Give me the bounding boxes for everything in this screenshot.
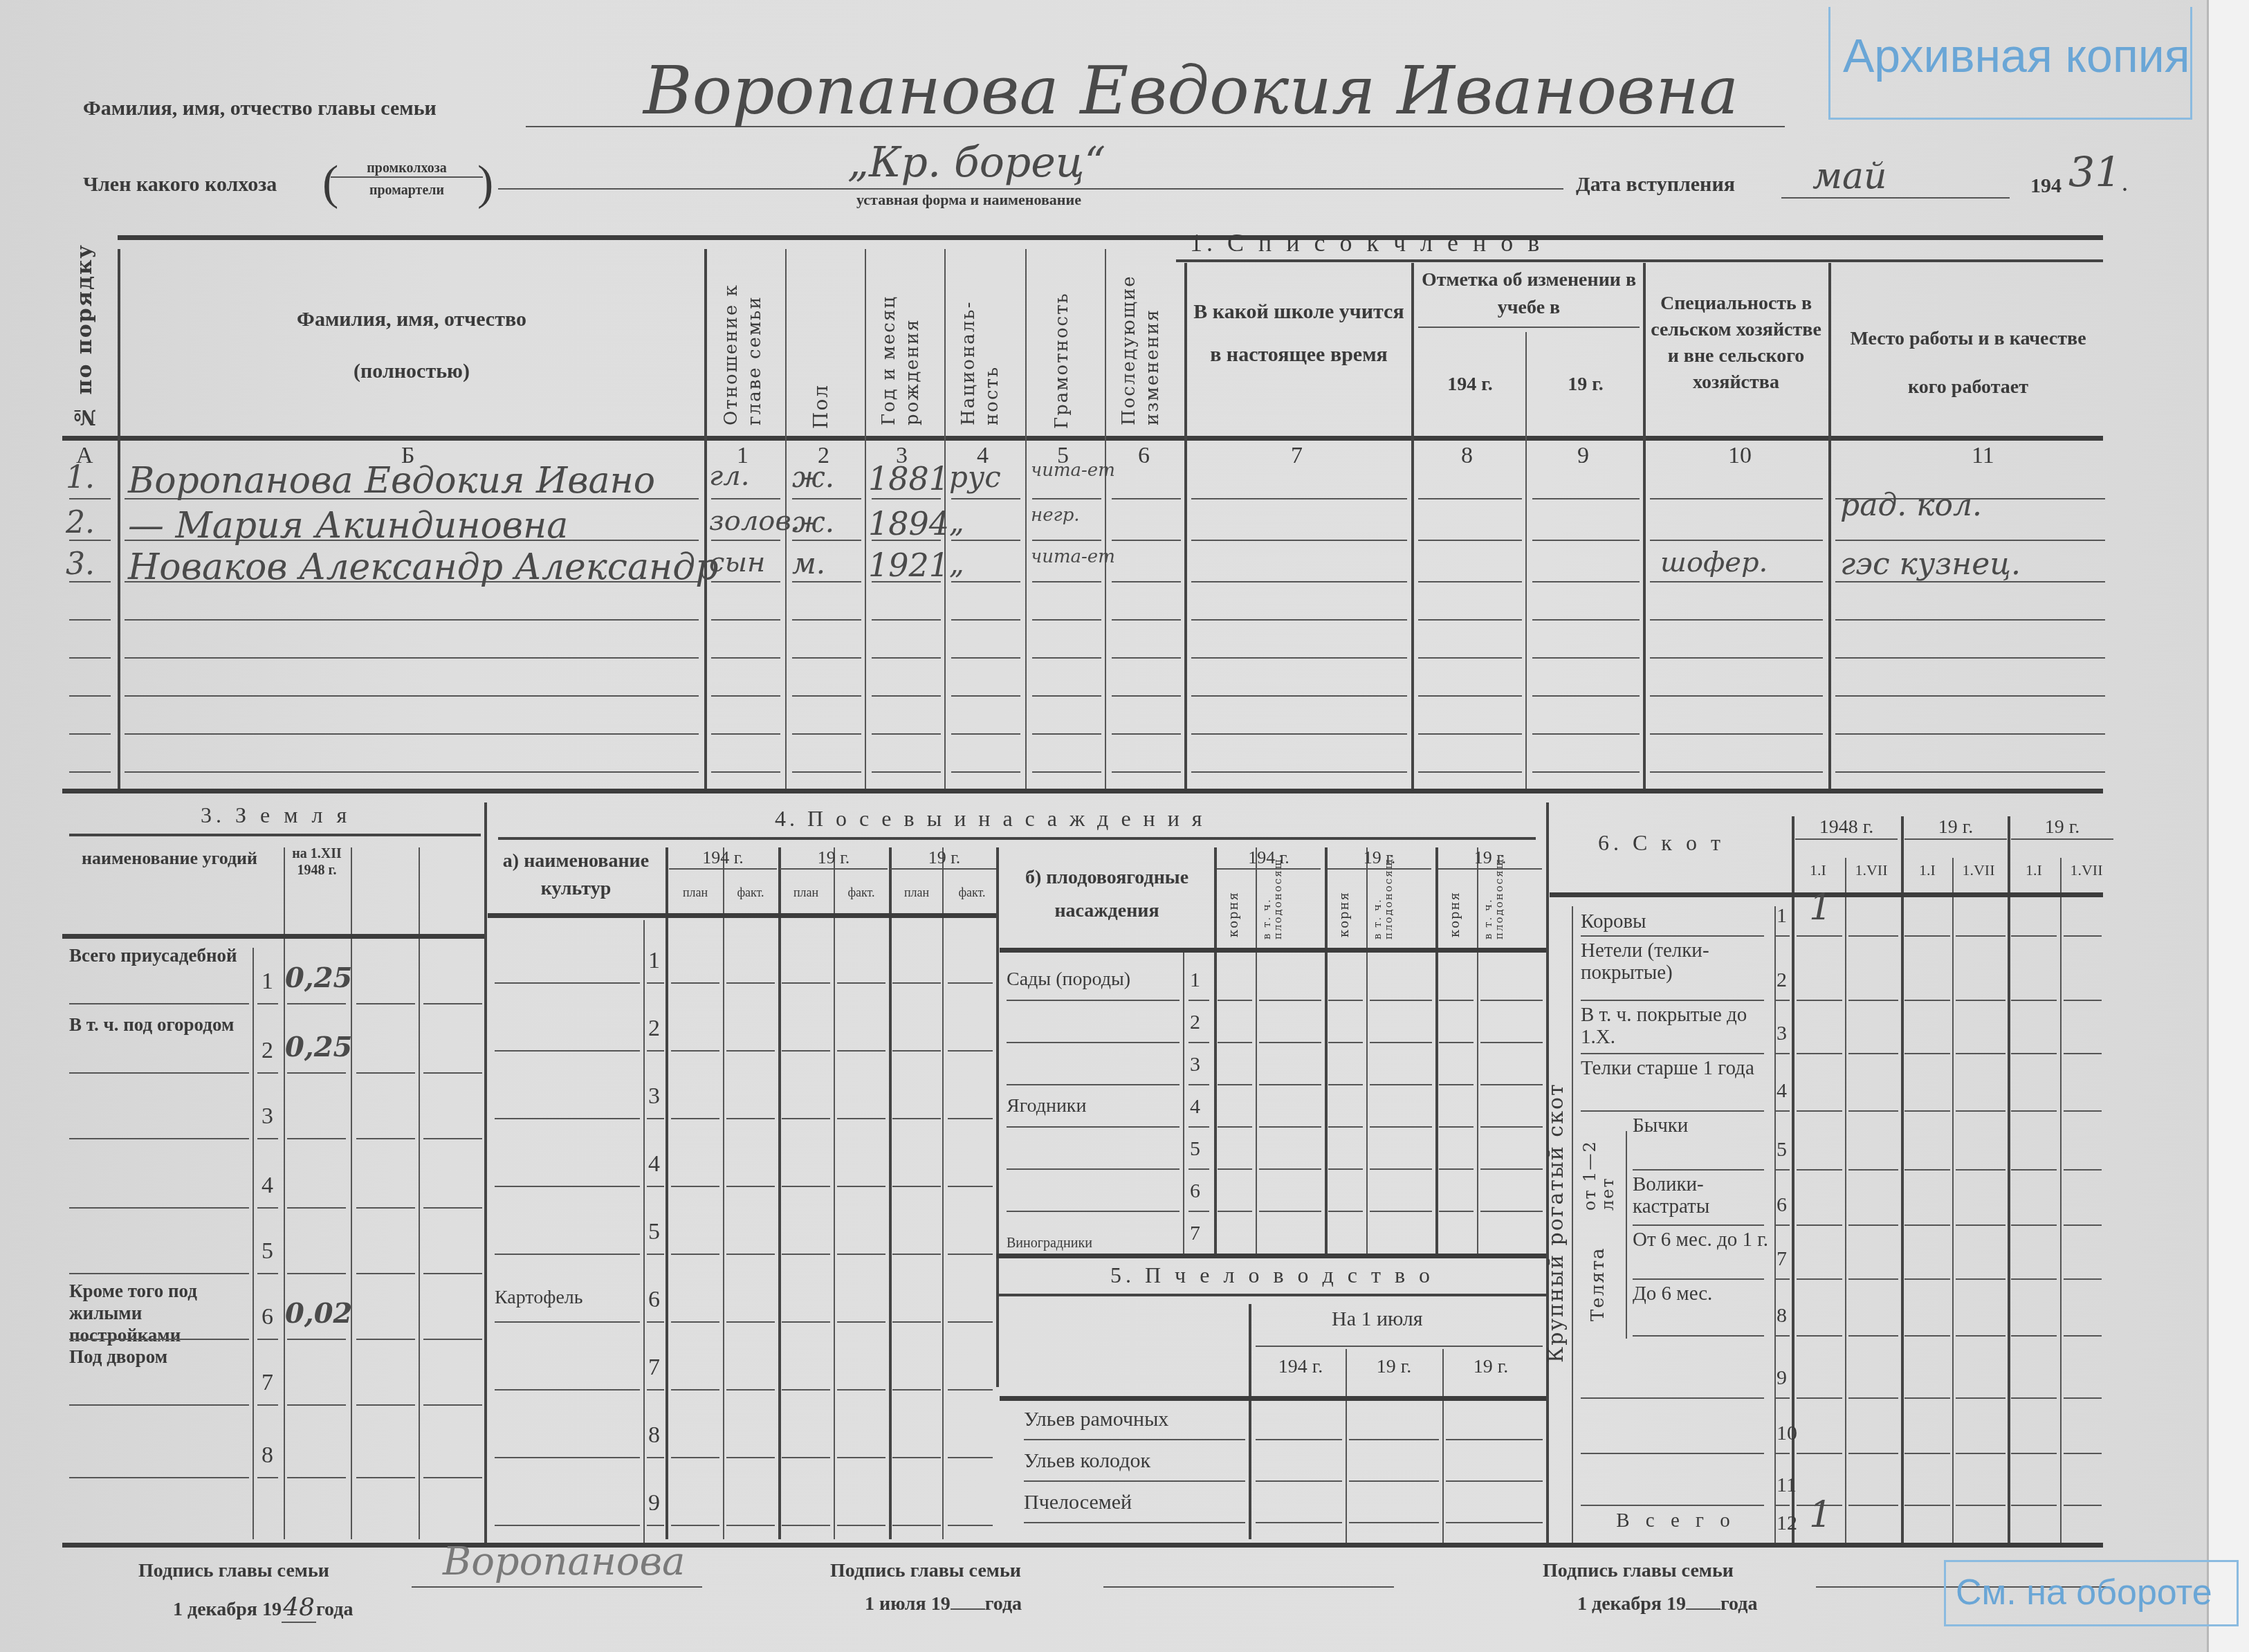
cell-nationality[interactable]: „ — [949, 505, 964, 539]
row-line — [1633, 1335, 1764, 1337]
s3-right-border — [484, 802, 487, 1543]
row-line — [1956, 1053, 2005, 1054]
row-line — [1418, 733, 1522, 735]
row-line — [1328, 1126, 1363, 1128]
plan-header: план — [780, 885, 832, 900]
land-row-number: 6 — [261, 1304, 273, 1330]
bee-year-header: 194 г. — [1256, 1356, 1346, 1378]
cell-name[interactable]: Воропанова Евдокия Ивано — [128, 460, 655, 502]
row-line — [1956, 1505, 2005, 1506]
bee-row-input[interactable] — [1256, 1442, 1543, 1480]
row-line — [69, 733, 111, 735]
livestock-row-number: 12 — [1777, 1512, 1797, 1535]
cell-literacy[interactable]: чита-ет — [1031, 547, 1115, 567]
row-line — [1439, 1211, 1474, 1212]
crop-row-number: 2 — [648, 1016, 660, 1042]
crop-header-bottom — [488, 913, 996, 918]
row-line — [1188, 1211, 1209, 1212]
row-line — [2011, 1110, 2057, 1112]
kolkhoz-label: Член какого колхоза — [83, 173, 277, 196]
s1-col-line — [865, 249, 866, 789]
row-line — [1259, 1042, 1321, 1043]
crop-row-label[interactable]: Картофель — [495, 1287, 583, 1309]
row-line — [711, 695, 780, 697]
row-line — [2064, 1397, 2102, 1399]
row-line — [423, 1477, 482, 1478]
s4-title-underline — [498, 837, 1536, 840]
livestock-group-label: Крупный рогатый скот — [1544, 948, 1568, 1363]
join-date-year-hand[interactable]: 31 — [2068, 149, 2121, 197]
section1-title-underline — [1176, 259, 2103, 262]
s3-header-bottom — [62, 934, 484, 939]
row-line — [1328, 1168, 1363, 1170]
row-line — [782, 1050, 830, 1052]
signature-year[interactable] — [1686, 1608, 1720, 1610]
row-line — [69, 657, 111, 659]
row-line — [1776, 1110, 1790, 1112]
plan-header: план — [890, 885, 943, 900]
land-row-value[interactable]: 0,02 — [285, 1297, 352, 1330]
orchard-roots-header: корня — [1337, 882, 1352, 937]
col-sex: Пол — [809, 387, 832, 429]
row-line — [69, 498, 111, 499]
row-line — [711, 733, 780, 735]
signature-line — [412, 1586, 702, 1588]
row-line — [495, 982, 640, 984]
row-line — [951, 619, 1020, 621]
row-line — [1112, 771, 1181, 773]
row-line — [951, 657, 1020, 659]
cell-relation[interactable]: гл. — [709, 460, 749, 492]
row-line — [647, 1457, 664, 1458]
row-line — [1032, 581, 1101, 582]
row-line — [257, 1138, 278, 1139]
column-number: 11 — [1972, 443, 1994, 469]
row-line — [1650, 498, 1823, 499]
row-line — [2064, 1224, 2102, 1226]
join-date-month[interactable]: май — [1812, 156, 1887, 197]
row-line — [423, 1273, 482, 1274]
cell-nationality[interactable]: „ — [949, 547, 964, 580]
orchard-col-line — [1325, 847, 1328, 1256]
crop-year-header: 194 г. — [669, 847, 777, 870]
cell-workplace[interactable]: рад. кол. — [1840, 488, 1982, 523]
orchard-col-line — [1366, 847, 1368, 1256]
orchard-row-label[interactable]: Сады (породы) — [1007, 969, 1130, 991]
row-line — [872, 657, 941, 659]
row-line — [671, 1457, 719, 1458]
row-line — [1848, 1397, 1898, 1399]
signature-date: 1 декабря 19года — [1577, 1593, 1757, 1615]
row-line — [782, 1254, 830, 1255]
row-line — [423, 1207, 482, 1209]
signature-date-suffix: года — [316, 1599, 353, 1620]
signature-field[interactable] — [1103, 1546, 1394, 1586]
s4-divider — [996, 847, 999, 1387]
row-line — [1532, 657, 1640, 659]
row-line — [1848, 1169, 1898, 1171]
row-line — [948, 982, 993, 984]
row-line — [792, 771, 861, 773]
row-line — [1032, 657, 1101, 659]
row-line — [125, 657, 699, 659]
row-line — [1956, 1453, 2005, 1454]
row-line — [726, 1321, 775, 1323]
row-line — [1904, 1397, 1950, 1399]
row-line — [837, 982, 885, 984]
livestock-row-value[interactable]: 1 — [1809, 1494, 1832, 1536]
bee-year-header: 19 г. — [1349, 1356, 1439, 1378]
row-line — [69, 1138, 249, 1139]
head-of-family-value[interactable]: Воропанова Евдокия Ивановна — [643, 52, 1738, 129]
row-line — [1480, 1168, 1543, 1170]
row-line — [1112, 695, 1181, 697]
row-line — [287, 1072, 346, 1074]
row-line — [1370, 1126, 1432, 1128]
row-line — [872, 771, 941, 773]
row-line — [1835, 619, 2105, 621]
live-year-header: 19 г. — [2011, 816, 2113, 840]
orchard-row-number: 7 — [1190, 1222, 1200, 1245]
row-line — [892, 982, 941, 984]
row-line — [1007, 1168, 1179, 1170]
column-number: 6 — [1138, 443, 1150, 469]
row-line — [647, 1186, 664, 1187]
s1-col-line — [1525, 332, 1527, 789]
row-line — [647, 1254, 664, 1255]
cell-name[interactable]: Новаков Александр Александр — [128, 547, 718, 588]
row-line — [1032, 540, 1101, 541]
cell-workplace[interactable]: гэс кузнец. — [1840, 547, 2021, 582]
cell-no[interactable]: 3. — [66, 547, 95, 582]
live-col-line — [1901, 816, 1904, 1543]
row-line — [782, 1186, 830, 1187]
row-line — [726, 1525, 775, 1526]
row-line — [892, 1525, 941, 1526]
row-line — [1776, 1169, 1790, 1171]
column-number: 9 — [1577, 443, 1589, 469]
col-workplace: Место работы и в качестве кого работает — [1837, 315, 2100, 412]
row-line — [1112, 619, 1181, 621]
row-line — [1650, 733, 1823, 735]
crop-row-number: 1 — [648, 948, 660, 974]
row-line — [2011, 1505, 2057, 1506]
row-line — [356, 1477, 415, 1478]
cell-specialty[interactable]: шофер. — [1660, 547, 1768, 578]
row-line — [1259, 1168, 1321, 1170]
row-line — [1256, 1439, 1342, 1440]
row-line — [257, 1339, 278, 1340]
livestock-row-number: 2 — [1777, 969, 1787, 992]
row-line — [1218, 1126, 1252, 1128]
archive-copy-text: Архивная копия — [1843, 29, 2190, 83]
kolkhoz-alt-top: промколхоза — [331, 160, 483, 178]
cell-sex[interactable]: ж. — [792, 505, 834, 539]
row-line — [287, 1477, 346, 1478]
land-row-number: 7 — [261, 1370, 273, 1396]
row-line — [792, 657, 861, 659]
row-line — [837, 1050, 885, 1052]
s5-date-header: На 1 июля — [1332, 1307, 1422, 1331]
live-col-line — [2060, 858, 2062, 1543]
join-date-dot: . — [2122, 174, 2127, 196]
land-row-value[interactable]: 0,25 — [285, 962, 352, 994]
row-line — [2011, 1453, 2057, 1454]
row-line — [2064, 1110, 2102, 1112]
livestock-row-label: Волики-кастраты — [1633, 1173, 1771, 1218]
row-line — [647, 1321, 664, 1323]
cell-relation[interactable]: золов. — [709, 505, 800, 537]
row-line — [69, 695, 111, 697]
row-line — [711, 771, 780, 773]
signature-date: 1 декабря 1948года — [173, 1593, 353, 1623]
row-line — [1581, 1397, 1764, 1399]
bee-row-input[interactable] — [1256, 1484, 1543, 1522]
s3-col-line — [419, 847, 420, 1539]
land-row-label: Кроме того под жилыми постройками — [69, 1280, 249, 1346]
row-line — [287, 1003, 346, 1004]
cell-sex[interactable]: м. — [792, 547, 825, 580]
row-line — [1956, 1110, 2005, 1112]
orchard-row-label[interactable]: Ягодники — [1007, 1095, 1086, 1117]
livestock-row-label: Нетели (телки-покрытые) — [1581, 939, 1771, 984]
signature-date-prefix: 1 июля 19 — [865, 1593, 951, 1615]
row-line — [726, 1050, 775, 1052]
livestock-row-number: 4 — [1777, 1079, 1787, 1103]
orchard-row-number: 6 — [1190, 1180, 1200, 1203]
signature-label: Подпись главы семьи — [830, 1560, 1021, 1582]
row-line — [1446, 1522, 1543, 1523]
row-line — [356, 1138, 415, 1139]
row-line — [1218, 1042, 1252, 1043]
row-line — [948, 1050, 993, 1052]
row-line — [2011, 1000, 2057, 1001]
row-line — [1835, 695, 2105, 697]
row-line — [1218, 1084, 1252, 1085]
row-line — [792, 540, 861, 541]
row-line — [1848, 1335, 1898, 1337]
row-line — [1650, 657, 1823, 659]
bee-row-input[interactable] — [1256, 1401, 1543, 1439]
row-line — [356, 1339, 415, 1340]
cell-no[interactable]: 2. — [66, 505, 95, 540]
orchard-row-label[interactable]: Виноградники — [1007, 1236, 1092, 1251]
row-line — [1188, 1042, 1209, 1043]
row-line — [1256, 1522, 1342, 1523]
row-line — [1956, 1278, 2005, 1280]
row-line — [1797, 1397, 1842, 1399]
cell-literacy[interactable]: чита-ет — [1031, 460, 1115, 481]
row-line — [726, 1118, 775, 1119]
row-line — [495, 1457, 640, 1458]
row-line — [69, 1477, 249, 1478]
land-row-number: 5 — [261, 1238, 273, 1265]
row-line — [2064, 1053, 2102, 1054]
row-line — [2064, 1453, 2102, 1454]
row-line — [872, 619, 941, 621]
col-specialty: Специальность в сельском хозяйстве и вне… — [1648, 291, 1824, 396]
row-line — [1776, 1505, 1790, 1506]
row-line — [711, 498, 780, 499]
row-line — [1532, 733, 1640, 735]
row-line — [948, 1186, 993, 1187]
row-line — [1650, 540, 1823, 541]
section1-top-border — [118, 235, 2103, 240]
row-line — [125, 619, 699, 621]
row-line — [726, 1389, 775, 1391]
fact-header: факт. — [724, 885, 777, 900]
join-date-label: Дата вступления — [1576, 173, 1735, 196]
row-line — [782, 1525, 830, 1526]
livestock-row-number: 11 — [1777, 1474, 1797, 1497]
row-line — [1776, 1335, 1790, 1337]
crop-row-number: 4 — [648, 1151, 660, 1177]
live-subcol-header: 1.I — [1793, 861, 1843, 879]
row-line — [671, 1254, 719, 1255]
col-school: В какой школе учится в настоящее время — [1193, 291, 1404, 376]
land-row-number: 2 — [261, 1038, 273, 1064]
fact-header: факт. — [835, 885, 888, 900]
row-line — [1480, 1126, 1543, 1128]
row-line — [1418, 771, 1522, 773]
row-line — [1633, 1278, 1764, 1280]
s3-col-line — [284, 847, 285, 1539]
cell-birth[interactable]: 1921 — [868, 547, 949, 584]
row-line — [1191, 657, 1407, 659]
cell-nationality[interactable]: рус — [949, 460, 1001, 494]
livestock-row-label: Коровы — [1581, 910, 1771, 933]
row-line — [69, 1003, 249, 1004]
row-line — [792, 619, 861, 621]
row-line — [1532, 581, 1640, 582]
orchard-year-header: 194 г. — [1217, 847, 1321, 870]
row-line — [1776, 935, 1790, 937]
row-line — [726, 1457, 775, 1458]
row-line — [1191, 540, 1407, 541]
row-line — [1007, 1084, 1179, 1085]
row-line — [495, 1118, 640, 1119]
cell-sex[interactable]: ж. — [792, 460, 834, 494]
row-line — [951, 581, 1020, 582]
signature-year[interactable] — [951, 1608, 985, 1610]
live-col-line — [1845, 858, 1846, 1543]
row-line — [1007, 1211, 1179, 1212]
row-line — [495, 1321, 640, 1323]
livestock-row-label: Телки старше 1 года — [1581, 1057, 1771, 1079]
row-line — [1259, 1126, 1321, 1128]
row-line — [948, 1457, 993, 1458]
row-line — [1904, 1000, 1950, 1001]
crop-col-line — [723, 847, 724, 1539]
row-line — [1349, 1439, 1439, 1440]
col-birth: Год и месяц рождения — [877, 259, 933, 425]
crop-year-header: 19 г. — [780, 847, 888, 870]
join-date-year-prefix: 194 — [2030, 174, 2062, 198]
row-line — [872, 498, 941, 499]
row-line — [1956, 935, 2005, 937]
s3-col-line — [351, 847, 352, 1539]
row-line — [1024, 1522, 1245, 1523]
row-line — [257, 1072, 278, 1074]
livestock-row-label: До 6 мес. — [1633, 1283, 1771, 1305]
livestock-row-number: 5 — [1777, 1138, 1787, 1162]
row-line — [1328, 1211, 1363, 1212]
column-number: 7 — [1291, 443, 1303, 469]
signature-label: Подпись главы семьи — [1543, 1560, 1734, 1582]
live-subcol-header: 1.I — [2009, 861, 2059, 879]
land-row-label: В т. ч. под огородом — [69, 1013, 249, 1036]
column-number: 8 — [1461, 443, 1473, 469]
kolkhoz-value[interactable]: „Кр. борец“ — [847, 138, 1105, 187]
row-line — [1032, 771, 1101, 773]
livestock-row-number: 10 — [1777, 1422, 1797, 1445]
row-line — [1188, 1084, 1209, 1085]
row-line — [1032, 619, 1101, 621]
orchard-row-number: 1 — [1190, 969, 1200, 992]
signature-year[interactable]: 48 — [282, 1593, 316, 1623]
row-line — [2011, 1224, 2057, 1226]
row-line — [951, 498, 1020, 499]
row-line — [2064, 1505, 2102, 1506]
crop-col-line — [942, 847, 944, 1539]
cell-name[interactable]: — Мария Акиндиновна — [128, 505, 568, 547]
live-subcol-header: 1.I — [1902, 861, 1952, 879]
row-line — [1032, 695, 1101, 697]
land-row-value[interactable]: 0,25 — [285, 1031, 352, 1063]
row-line — [948, 1389, 993, 1391]
row-line — [1581, 1505, 1764, 1506]
crop-year-header: 19 г. — [890, 847, 998, 870]
row-line — [356, 1404, 415, 1406]
cell-birth[interactable]: 1881 — [868, 460, 949, 497]
s3-num-line — [253, 948, 254, 1539]
row-line — [125, 733, 699, 735]
s1-col-line — [1411, 263, 1414, 789]
row-line — [892, 1321, 941, 1323]
livestock-row-value[interactable]: 1 — [1809, 887, 1832, 928]
row-line — [1007, 1042, 1179, 1043]
row-line — [1956, 1224, 2005, 1226]
land-row-label: Под двором — [69, 1346, 249, 1368]
row-line — [1904, 1053, 1950, 1054]
row-line — [792, 733, 861, 735]
row-line — [125, 695, 699, 697]
row-line — [1259, 1084, 1321, 1085]
col-relation: Отношение к главе семьи — [719, 259, 775, 425]
row-line — [671, 1321, 719, 1323]
livestock-row-number: 8 — [1777, 1304, 1787, 1328]
s3-col-date: на 1.XII 1948 г. — [285, 845, 349, 879]
col-full-name: Фамилия, имя, отчество — [125, 308, 699, 331]
live-col-line — [1952, 858, 1954, 1543]
row-line — [1032, 733, 1101, 735]
row-line — [1532, 771, 1640, 773]
crop-col-line — [665, 847, 668, 1539]
livestock-row-label: От 6 мес. до 1 г. — [1633, 1229, 1771, 1251]
cell-relation[interactable]: сын — [709, 547, 765, 578]
row-line — [1848, 1505, 1898, 1506]
cell-birth[interactable]: 1894 — [868, 505, 949, 542]
signature-date-suffix: года — [1720, 1593, 1757, 1615]
cell-literacy[interactable]: негр. — [1031, 505, 1080, 526]
orchard-roots-header: корня — [1227, 882, 1241, 937]
row-line — [1904, 1224, 1950, 1226]
row-line — [711, 540, 780, 541]
row-line — [1328, 1000, 1363, 1001]
cell-no[interactable]: 1. — [66, 460, 95, 495]
row-line — [837, 1254, 885, 1255]
row-line — [1904, 1110, 1950, 1112]
